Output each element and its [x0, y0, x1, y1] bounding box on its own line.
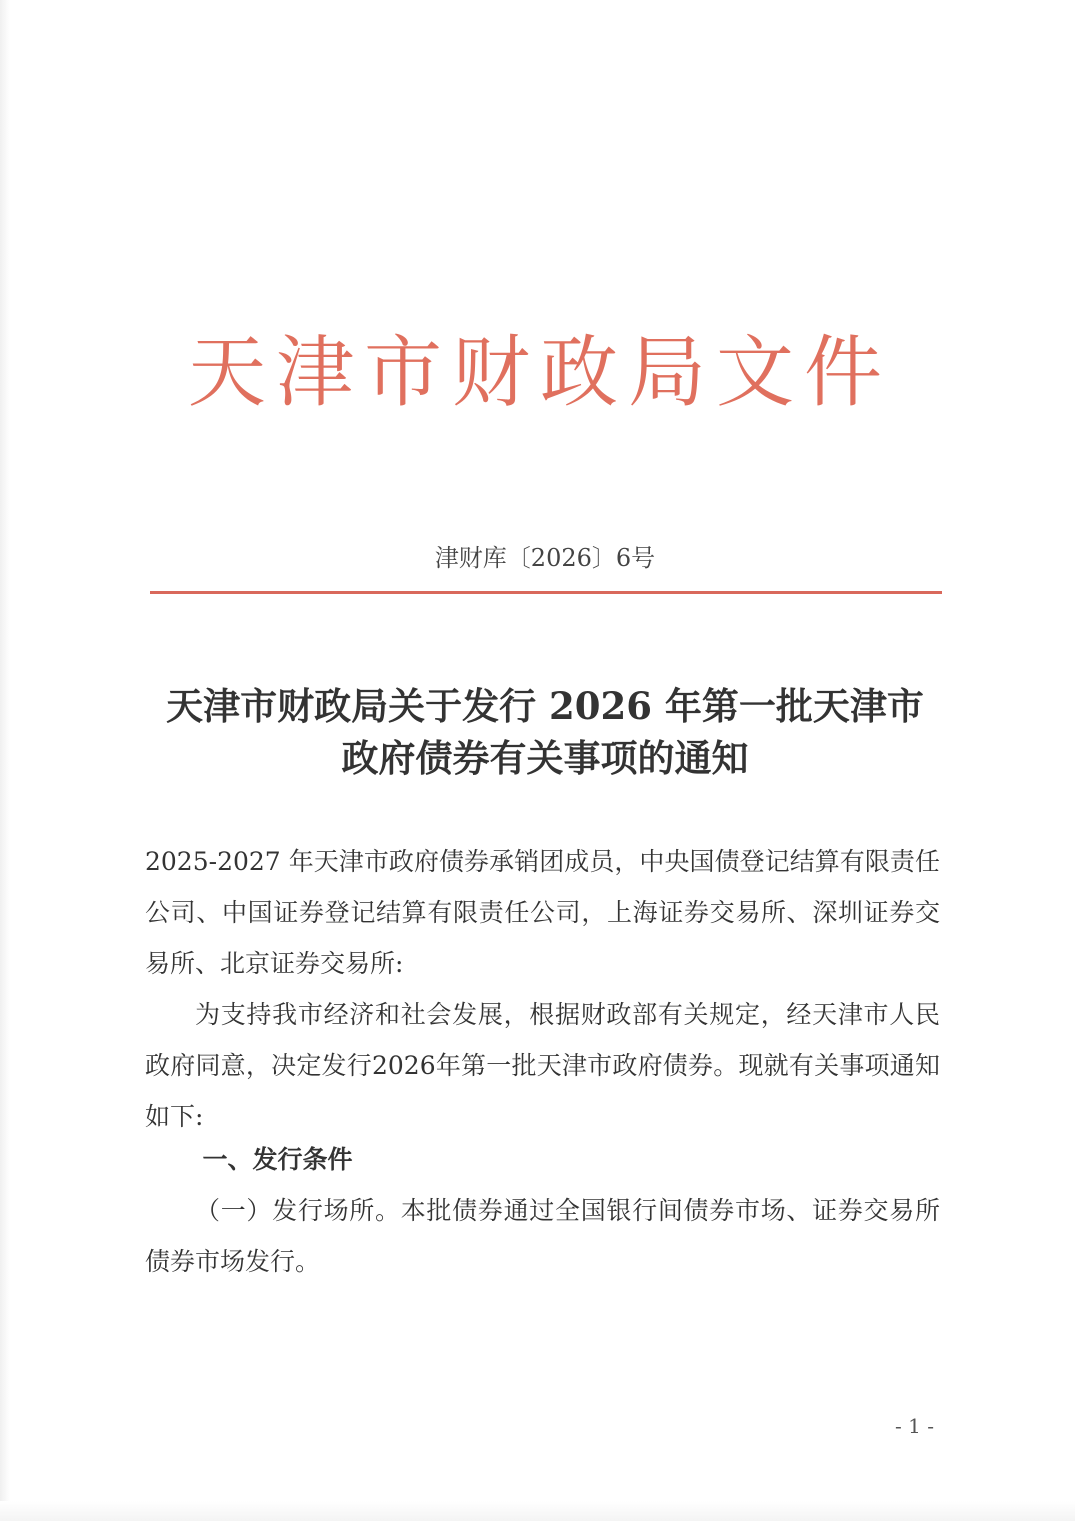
paragraph-intro: 为支持我市经济和社会发展，根据财政部有关规定，经天津市人民政府同意，决定发行20… — [145, 989, 940, 1142]
masthead: 天津市财政局文件 — [150, 318, 930, 428]
document-title: 天津市财政局关于发行 2026 年第一批天津市 政府债券有关事项的通知 — [140, 680, 950, 784]
red-divider — [150, 591, 942, 594]
title-line-1: 天津市财政局关于发行 2026 年第一批天津市 — [140, 680, 950, 732]
document-number: 津财库〔2026〕6号 — [150, 538, 940, 578]
paragraph-issuance-venue: （一）发行场所。本批债券通过全国银行间债券市场、证券交易所债券市场发行。 — [145, 1185, 940, 1287]
scan-bottom-edge — [0, 1501, 1075, 1521]
scan-edge — [0, 0, 10, 1521]
title-line-2: 政府债券有关事项的通知 — [140, 732, 950, 784]
recipients: 2025-2027 年天津市政府债券承销团成员，中央国债登记结算有限责任公司、中… — [145, 836, 940, 989]
section-heading-1: 一、发行条件 — [145, 1134, 940, 1185]
page-number: - 1 - — [895, 1414, 934, 1438]
